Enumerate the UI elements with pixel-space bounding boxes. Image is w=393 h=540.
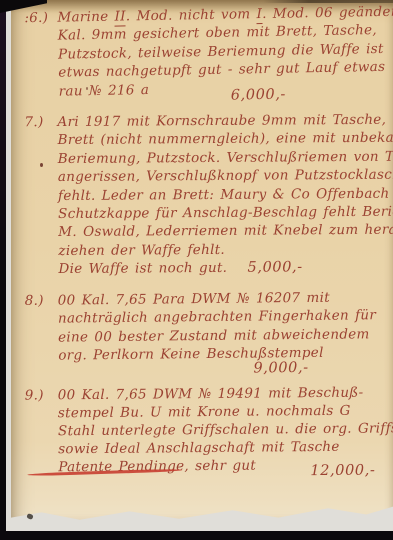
item-number: 8.): [25, 292, 44, 311]
handwriting-line: org. Perlkorn Keine Beschußstempel: [58, 343, 391, 365]
text-segment: . Mod. nicht vom: [126, 6, 257, 24]
handwriting-line: M. Oswald, Lederriemen mit Knebel zum he…: [58, 221, 391, 242]
handwriting-line: Beriemung, Putzstock. Verschlußriemen vo…: [58, 148, 391, 169]
price-amount: 9,000,-: [253, 359, 308, 378]
item-number: 9.): [25, 386, 44, 405]
text-segment: sehr gut: [189, 458, 256, 475]
text-segment: . Mod. 06 geändert: [262, 4, 393, 22]
scan-frame: :6.) Marine II. Mod. nicht vom I. Mod. 0…: [0, 0, 393, 540]
handwriting-line: Stahl unterlegte Griffschalen u. die org…: [58, 419, 391, 440]
item-number: :6.): [24, 9, 48, 28]
price-amount: 5,000,-: [247, 258, 302, 277]
document-page: :6.) Marine II. Mod. nicht vom I. Mod. 0…: [11, 0, 393, 525]
item-text: 00 Kal. 7,65 Para DWM № 16207 mit nachtr…: [25, 288, 392, 365]
list-item-9: 9.) 00 Kal. 7,65 DWM № 19491 mit Beschuß…: [25, 383, 392, 476]
list-item-7: 7.) Ari 1917 mit Kornschraube 9mm mit Ta…: [24, 111, 391, 279]
ink-speck: [40, 163, 43, 167]
handwriting-line: Ari 1917 mit Kornschraube 9mm mit Tasche…: [57, 111, 390, 132]
list-item-8: 8.) 00 Kal. 7,65 Para DWM № 16207 mit na…: [25, 288, 392, 365]
handwriting-line: Die Waffe ist noch gut.: [58, 258, 391, 279]
list-item-6: :6.) Marine II. Mod. nicht vom I. Mod. 0…: [24, 3, 392, 101]
item-text: Ari 1917 mit Kornschraube 9mm mit Tasche…: [24, 111, 391, 279]
price-amount: 12,000,-: [310, 462, 375, 481]
handwriting-line: Schutzkappe für Anschlag-Beschlag fehlt …: [58, 203, 391, 224]
handwriting-line: ziehen der Waffe fehlt.: [58, 240, 391, 261]
item-text: Marine II. Mod. nicht vom I. Mod. 06 geä…: [24, 3, 392, 101]
handwriting-line: Brett (nicht nummerngleich), eine mit un…: [58, 129, 391, 150]
handwriting-line: angerissen, Verschlußknopf von Putzstock…: [58, 166, 391, 187]
price-amount: 6,000,-: [231, 86, 287, 105]
item-number: 7.): [24, 113, 43, 132]
ink-speck: [86, 87, 88, 90]
handwriting-line: eine 00 bester Zustand mit abweichendem: [58, 325, 391, 347]
handwriting-line: fehlt. Leder an Brett: Maury & Co Offenb…: [58, 184, 391, 205]
text-segment: Marine: [57, 9, 114, 26]
